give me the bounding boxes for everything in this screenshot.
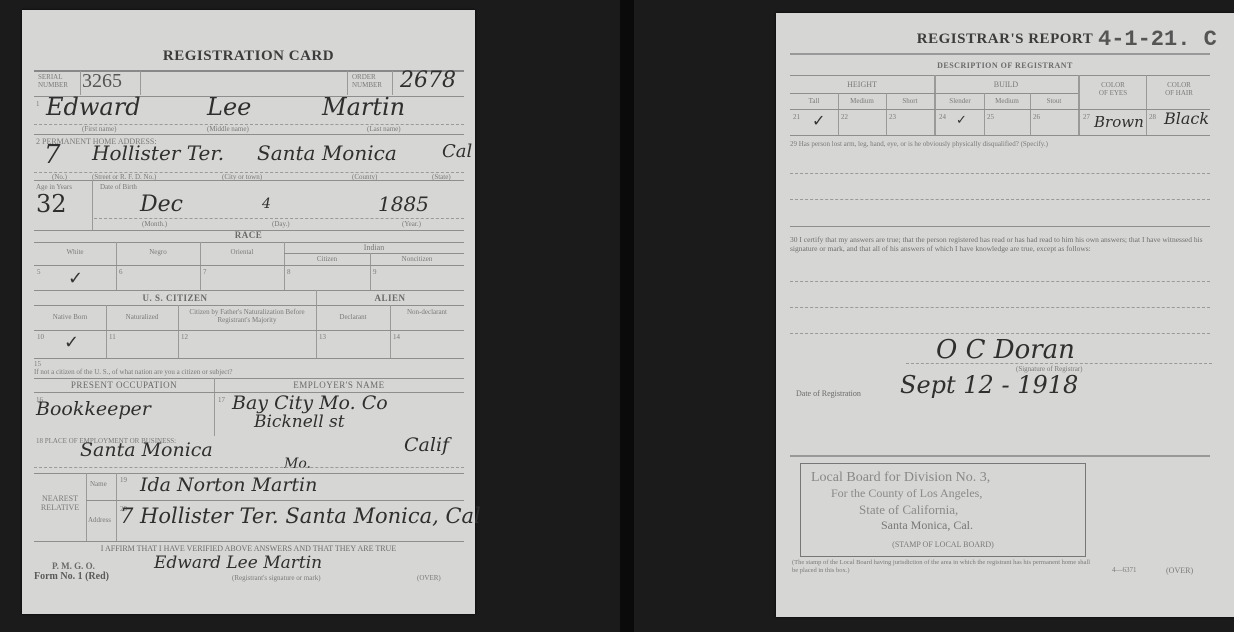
divider — [34, 134, 464, 135]
dob-month: Dec — [140, 192, 183, 217]
father-naturalization-label: Citizen by Father's Naturalization Befor… — [180, 308, 314, 324]
order-label: ORDERNUMBER — [352, 73, 382, 89]
dob-day-label: (Day.) — [272, 220, 290, 228]
dob-year-label: (Year.) — [402, 220, 421, 228]
serial-number: 3265 — [82, 70, 122, 93]
relative-address: 7 Hollister Ter. Santa Monica, Cal — [120, 504, 481, 528]
dob-label: Date of Birth — [100, 183, 137, 191]
divider — [34, 330, 464, 331]
employment-county: Mo. — [284, 456, 311, 472]
q15-text: If not a citizen of the U. S., of what n… — [34, 368, 232, 376]
relative-name: Ida Norton Martin — [140, 474, 317, 496]
divider — [790, 109, 1210, 110]
field-number: 9 — [373, 268, 377, 276]
answer-line — [790, 199, 1210, 200]
race-indian-label: Indian — [284, 243, 464, 252]
field-number: 6 — [119, 268, 123, 276]
occupation-value: Bookkeeper — [36, 398, 151, 420]
divider — [94, 218, 464, 219]
field-number: 7 — [203, 268, 207, 276]
divider — [86, 473, 87, 541]
build-slender-label: Slender — [936, 97, 984, 105]
height-medium-label: Medium — [838, 97, 886, 105]
divider — [178, 305, 179, 358]
stamp-note: (The stamp of the Local Board having jur… — [792, 559, 1092, 575]
field-number: 12 — [181, 333, 188, 341]
address-number: 7 — [44, 140, 61, 170]
employer-name: Bay City Mo. Co — [232, 392, 388, 414]
form-code: 4—6371 — [1112, 566, 1137, 574]
middle-name: Lee — [207, 93, 251, 121]
divider — [86, 500, 464, 501]
naturalized-label: Naturalized — [106, 313, 178, 321]
divider — [34, 180, 464, 181]
height-tall-label: Tall — [790, 97, 838, 105]
non-declarant-label: Non-declarant — [394, 308, 460, 316]
address-state: Cal — [442, 141, 472, 162]
answer-line — [790, 307, 1210, 308]
employer-street: Bicknell st — [254, 412, 345, 432]
divider — [392, 71, 393, 95]
field-number: 23 — [889, 113, 896, 121]
field-number: 22 — [841, 113, 848, 121]
relative-name-label: Name — [90, 480, 107, 488]
dob-year: 1885 — [378, 192, 429, 216]
field-number: 25 — [987, 113, 994, 121]
field-number: 21 — [793, 113, 800, 121]
local-board-stamp-box: Local Board for Division No. 3, For the … — [800, 463, 1086, 557]
divider — [790, 455, 1210, 457]
slender-checkmark-icon: ✓ — [956, 113, 967, 128]
tall-checkmark-icon: ✓ — [812, 111, 825, 130]
employment-state: Calif — [404, 434, 449, 456]
middle-name-label: (Middle name) — [207, 125, 249, 133]
field-number: 8 — [287, 268, 291, 276]
divider — [790, 93, 1078, 94]
date-of-registration-value: Sept 12 - 1918 — [900, 371, 1078, 399]
stamp-line: Santa Monica, Cal. — [881, 518, 973, 533]
build-medium-label: Medium — [984, 97, 1030, 105]
card-title: REGISTRATION CARD — [22, 48, 475, 65]
field-number: 27 — [1083, 113, 1090, 121]
registrars-report-back: REGISTRAR'S REPORT 4-1-21. C DESCRIPTION… — [776, 13, 1234, 617]
stamp-code: 4-1-21. C — [1098, 27, 1217, 52]
race-indian-citizen-label: Citizen — [284, 255, 370, 263]
serial-label: SERIALNUMBER — [38, 73, 68, 89]
field-number: 1 — [36, 100, 40, 108]
last-name: Martin — [322, 93, 405, 121]
description-subtitle: DESCRIPTION OF REGISTRANT — [776, 61, 1234, 70]
date-of-registration-label: Date of Registration — [796, 389, 861, 398]
employer-heading: EMPLOYER'S NAME — [214, 380, 464, 390]
q30-certification-text: 30 I certify that my answers are true; t… — [790, 235, 1210, 253]
field-number: 26 — [1033, 113, 1040, 121]
divider — [34, 265, 464, 266]
field-number: 15 — [34, 360, 41, 368]
divider — [92, 180, 93, 230]
divider — [347, 71, 348, 95]
stamp-line: State of California, — [859, 502, 958, 518]
stamp-line: For the County of Los Angeles, — [831, 486, 982, 501]
signature-line — [906, 363, 1212, 364]
order-number: 2678 — [400, 68, 456, 93]
height-short-label: Short — [886, 97, 934, 105]
divider — [140, 71, 141, 95]
field-number: 17 — [218, 396, 225, 404]
divider — [390, 305, 391, 358]
divider — [34, 290, 464, 291]
hair-color-value: Black — [1164, 109, 1209, 128]
answer-line — [790, 173, 1210, 174]
race-white-checkmark-icon: ✓ — [68, 268, 83, 289]
divider — [34, 358, 464, 359]
registrant-signature: Edward Lee Martin — [154, 553, 322, 573]
dob-day: 4 — [262, 196, 271, 212]
race-oriental-label: Oriental — [200, 248, 284, 256]
eye-color-heading: COLOROF EYES — [1080, 81, 1146, 97]
employment-city: Santa Monica — [80, 439, 213, 461]
divider — [80, 71, 81, 95]
dob-month-label: (Month.) — [142, 220, 167, 228]
over-label: (OVER) — [1166, 566, 1193, 575]
race-indian-noncitizen-label: Noncitizen — [370, 255, 464, 263]
over-label: (OVER) — [417, 574, 441, 582]
registration-card-front: REGISTRATION CARD SERIALNUMBER 3265 ORDE… — [22, 10, 475, 614]
address-city: Santa Monica — [257, 141, 397, 165]
form-number: Form No. 1 (Red) — [34, 571, 109, 582]
divider — [790, 75, 1210, 76]
relative-address-label: Address — [88, 516, 111, 524]
stamp-caption: (STAMP OF LOCAL BOARD) — [801, 540, 1085, 549]
field-number: 13 — [319, 333, 326, 341]
native-born-checkmark-icon: ✓ — [64, 332, 79, 353]
occupation-heading: PRESENT OCCUPATION — [34, 380, 214, 390]
first-name: Edward — [46, 93, 141, 121]
hair-color-heading: COLOROF HAIR — [1146, 81, 1212, 97]
race-negro-label: Negro — [116, 248, 200, 256]
divider — [790, 135, 1210, 136]
field-number: 11 — [109, 333, 116, 341]
field-number: 28 — [1149, 113, 1156, 121]
divider — [34, 541, 464, 542]
alien-heading: ALIEN — [316, 293, 464, 303]
race-heading: RACE — [22, 230, 475, 240]
answer-line — [790, 281, 1210, 282]
nearest-relative-label: NEARESTRELATIVE — [34, 494, 86, 512]
address-street: Hollister Ter. — [92, 141, 224, 165]
field-number: 14 — [393, 333, 400, 341]
divider — [116, 473, 117, 541]
first-name-label: (First name) — [82, 125, 116, 133]
build-heading: BUILD — [936, 80, 1076, 89]
divider — [34, 305, 464, 306]
us-citizen-heading: U. S. CITIZEN — [34, 293, 316, 303]
field-number: 24 — [939, 113, 946, 121]
divider — [34, 467, 464, 468]
age-value: 32 — [36, 190, 67, 218]
build-stout-label: Stout — [1030, 97, 1078, 105]
scan-background-gap — [620, 0, 634, 632]
field-number: 19 — [120, 476, 127, 484]
signature-label: (Registrant's signature or mark) — [232, 574, 321, 582]
native-born-label: Native Born — [34, 313, 106, 321]
divider — [790, 226, 1210, 227]
form-id: P. M. G. O. — [52, 561, 95, 571]
field-number: 10 — [37, 333, 44, 341]
stamp-line: Local Board for Division No. 3, — [811, 470, 990, 486]
divider — [790, 53, 1210, 55]
registrar-signature: O C Doran — [936, 335, 1075, 365]
divider — [34, 378, 464, 379]
answer-line — [790, 333, 1210, 334]
field-number: 5 — [37, 268, 41, 276]
height-heading: HEIGHT — [790, 80, 934, 89]
race-white-label: White — [34, 248, 116, 256]
last-name-label: (Last name) — [367, 125, 401, 133]
declarant-label: Declarant — [316, 313, 390, 321]
eye-color-value: Brown — [1094, 113, 1144, 131]
q29-text: 29 Has person lost arm, leg, hand, eye, … — [790, 140, 1210, 148]
divider — [284, 253, 464, 254]
affirmation-text: I AFFIRM THAT I HAVE VERIFIED ABOVE ANSW… — [22, 544, 475, 553]
